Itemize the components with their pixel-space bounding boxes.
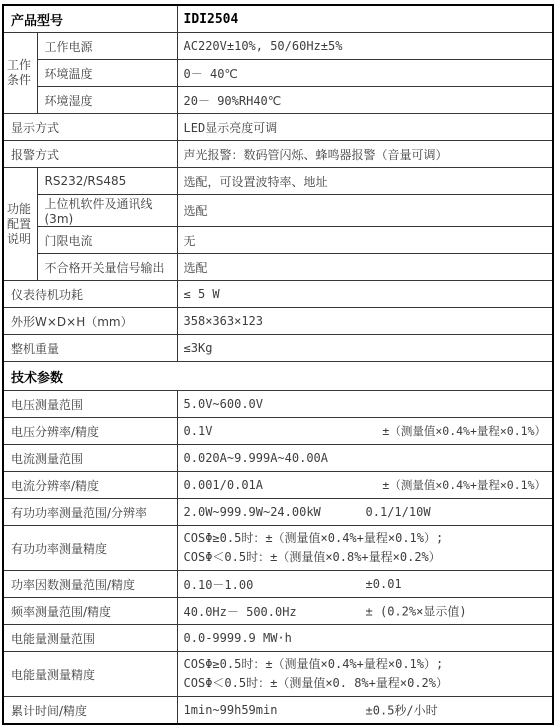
ambient-temp-label: 环境温度 [37, 60, 177, 87]
ambient-humidity-label: 环境湿度 [37, 87, 177, 114]
display-mode-value: LED显示亮度可调 [177, 114, 553, 141]
voltage-resolution-main: 0.1V [184, 424, 213, 438]
weight-label: 整机重量 [3, 335, 177, 362]
rs232-rs485-label: RS232/RS485 [37, 168, 177, 195]
tech-params-title: 技术参数 [3, 362, 553, 391]
active-power-accuracy-line2: COSΦ＜0.5时：±（测量值×0.8%+量程×0.2%） [184, 548, 551, 567]
threshold-current-value: 无 [177, 227, 553, 254]
work-condition-group-label: 工作条件 [3, 33, 37, 114]
product-model-value: IDI2504 [177, 5, 553, 33]
row-dimensions: 外形W×D×H（mm） 358×363×123 [3, 308, 553, 335]
row-current-range: 电流测量范围 0.020A~9.999A~40.00A [3, 445, 553, 472]
ambient-temp-value: 0－ 40℃ [177, 60, 553, 87]
alarm-mode-value: 声光报警：数码管闪烁、蜂鸣器报警（音量可调） [177, 141, 553, 168]
current-range-label: 电流测量范围 [3, 445, 177, 472]
product-model-label: 产品型号 [3, 5, 177, 33]
voltage-resolution-value: 0.1V ±（测量值×0.4%+量程×0.1%） [177, 418, 553, 445]
display-mode-label: 显示方式 [3, 114, 177, 141]
energy-accuracy-line2: COSΦ＜0.5时：±（测量值×0. 8%+量程×0.2%） [184, 674, 551, 693]
voltage-range-value: 5.0V~600.0V [177, 391, 553, 418]
ng-signal-output-label: 不合格开关量信号输出 [37, 254, 177, 281]
power-factor-range: 0.10－1.00 [184, 578, 254, 592]
active-power-range-main: 2.0W~999.9W~24.00kW [184, 505, 321, 519]
accumulated-time-range: 1min~99h59min [184, 703, 278, 717]
energy-accuracy-label: 电能量测量精度 [3, 652, 177, 697]
active-power-accuracy-label: 有功功率测量精度 [3, 526, 177, 571]
frequency-range: 40.0Hz－ 500.0Hz [184, 605, 297, 619]
row-ambient-humidity: 环境湿度 20－ 90%RH40℃ [3, 87, 553, 114]
active-power-range-value: 2.0W~999.9W~24.00kW 0.1/1/10W [177, 499, 553, 526]
current-resolution-value: 0.001/0.01A ±（测量值×0.4%+量程×0.1%） [177, 472, 553, 499]
row-display-mode: 显示方式 LED显示亮度可调 [3, 114, 553, 141]
frequency-value: 40.0Hz－ 500.0Hz ± (0.2%×显示值) [177, 598, 553, 625]
frequency-label: 频率测量范围/精度 [3, 598, 177, 625]
row-voltage-range: 电压测量范围 5.0V~600.0V [3, 391, 553, 418]
accumulated-time-label: 累计时间/精度 [3, 697, 177, 725]
ng-signal-output-value: 选配 [177, 254, 553, 281]
power-factor-value: 0.10－1.00 ±0.01 [177, 571, 553, 598]
energy-accuracy-value: COSΦ≥0.5时：±（测量值×0.4%+量程×0.1%）; COSΦ＜0.5时… [177, 652, 553, 697]
row-ambient-temp: 环境温度 0－ 40℃ [3, 60, 553, 87]
row-host-software: 上位机软件及通讯线(3m) 选配 [3, 195, 553, 227]
dimensions-label: 外形W×D×H（mm） [3, 308, 177, 335]
row-work-power: 工作条件 工作电源 AC220V±10%, 50/60Hz±5% [3, 33, 553, 60]
active-power-accuracy-line1: COSΦ≥0.5时：±（测量值×0.4%+量程×0.1%）; [184, 529, 551, 548]
current-range-value: 0.020A~9.999A~40.00A [177, 445, 553, 472]
active-power-range-label: 有功功率测量范围/分辨率 [3, 499, 177, 526]
energy-accuracy-line1: COSΦ≥0.5时：±（测量值×0.4%+量程×0.1%）; [184, 655, 551, 674]
row-weight: 整机重量 ≤3Kg [3, 335, 553, 362]
standby-power-label: 仪表待机功耗 [3, 281, 177, 308]
spec-sheet-page: 产品型号 IDI2504 工作条件 工作电源 AC220V±10%, 50/60… [0, 0, 554, 718]
row-rs232-rs485: 功能配置说明 RS232/RS485 选配，可设置波特率、地址 [3, 168, 553, 195]
spec-table: 产品型号 IDI2504 工作条件 工作电源 AC220V±10%, 50/60… [2, 4, 554, 725]
row-active-power-range: 有功功率测量范围/分辨率 2.0W~999.9W~24.00kW 0.1/1/1… [3, 499, 553, 526]
ambient-humidity-value: 20－ 90%RH40℃ [177, 87, 553, 114]
row-current-resolution: 电流分辨率/精度 0.001/0.01A ±（测量值×0.4%+量程×0.1%） [3, 472, 553, 499]
accumulated-time-accuracy: ±0.5秒/小时 [366, 702, 438, 719]
voltage-resolution-label: 电压分辨率/精度 [3, 418, 177, 445]
work-power-label: 工作电源 [37, 33, 177, 60]
row-accumulated-time: 累计时间/精度 1min~99h59min ±0.5秒/小时 [3, 697, 553, 725]
dimensions-value: 358×363×123 [177, 308, 553, 335]
voltage-range-label: 电压测量范围 [3, 391, 177, 418]
energy-range-label: 电能量测量范围 [3, 625, 177, 652]
row-voltage-resolution: 电压分辨率/精度 0.1V ±（测量值×0.4%+量程×0.1%） [3, 418, 553, 445]
threshold-current-label: 门限电流 [37, 227, 177, 254]
row-energy-range: 电能量测量范围 0.0-9999.9 MW·h [3, 625, 553, 652]
rs232-rs485-value: 选配，可设置波特率、地址 [177, 168, 553, 195]
power-factor-label: 功率因数测量范围/精度 [3, 571, 177, 598]
weight-value: ≤3Kg [177, 335, 553, 362]
current-resolution-label: 电流分辨率/精度 [3, 472, 177, 499]
current-accuracy-tolerance: ±（测量值×0.4%+量程×0.1%） [382, 477, 546, 493]
active-power-accuracy-value: COSΦ≥0.5时：±（测量值×0.4%+量程×0.1%）; COSΦ＜0.5时… [177, 526, 553, 571]
function-config-group-label: 功能配置说明 [3, 168, 37, 281]
row-tech-params-header: 技术参数 [3, 362, 553, 391]
row-energy-accuracy: 电能量测量精度 COSΦ≥0.5时：±（测量值×0.4%+量程×0.1%）; C… [3, 652, 553, 697]
accumulated-time-value: 1min~99h59min ±0.5秒/小时 [177, 697, 553, 725]
row-frequency: 频率测量范围/精度 40.0Hz－ 500.0Hz ± (0.2%×显示值) [3, 598, 553, 625]
current-resolution-main: 0.001/0.01A [184, 478, 263, 492]
frequency-accuracy: ± (0.2%×显示值) [366, 603, 467, 620]
power-factor-accuracy: ±0.01 [366, 577, 402, 591]
row-standby-power: 仪表待机功耗 ≤ 5 W [3, 281, 553, 308]
active-power-resolution: 0.1/1/10W [366, 505, 431, 519]
row-threshold-current: 门限电流 无 [3, 227, 553, 254]
alarm-mode-label: 报警方式 [3, 141, 177, 168]
voltage-accuracy-tolerance: ±（测量值×0.4%+量程×0.1%） [382, 423, 546, 439]
row-power-factor: 功率因数测量范围/精度 0.10－1.00 ±0.01 [3, 571, 553, 598]
energy-range-value: 0.0-9999.9 MW·h [177, 625, 553, 652]
row-product-model: 产品型号 IDI2504 [3, 5, 553, 33]
row-ng-signal-output: 不合格开关量信号输出 选配 [3, 254, 553, 281]
host-software-value: 选配 [177, 195, 553, 227]
row-active-power-accuracy: 有功功率测量精度 COSΦ≥0.5时：±（测量值×0.4%+量程×0.1%）; … [3, 526, 553, 571]
work-power-value: AC220V±10%, 50/60Hz±5% [177, 33, 553, 60]
row-alarm-mode: 报警方式 声光报警：数码管闪烁、蜂鸣器报警（音量可调） [3, 141, 553, 168]
standby-power-value: ≤ 5 W [177, 281, 553, 308]
host-software-label: 上位机软件及通讯线(3m) [37, 195, 177, 227]
